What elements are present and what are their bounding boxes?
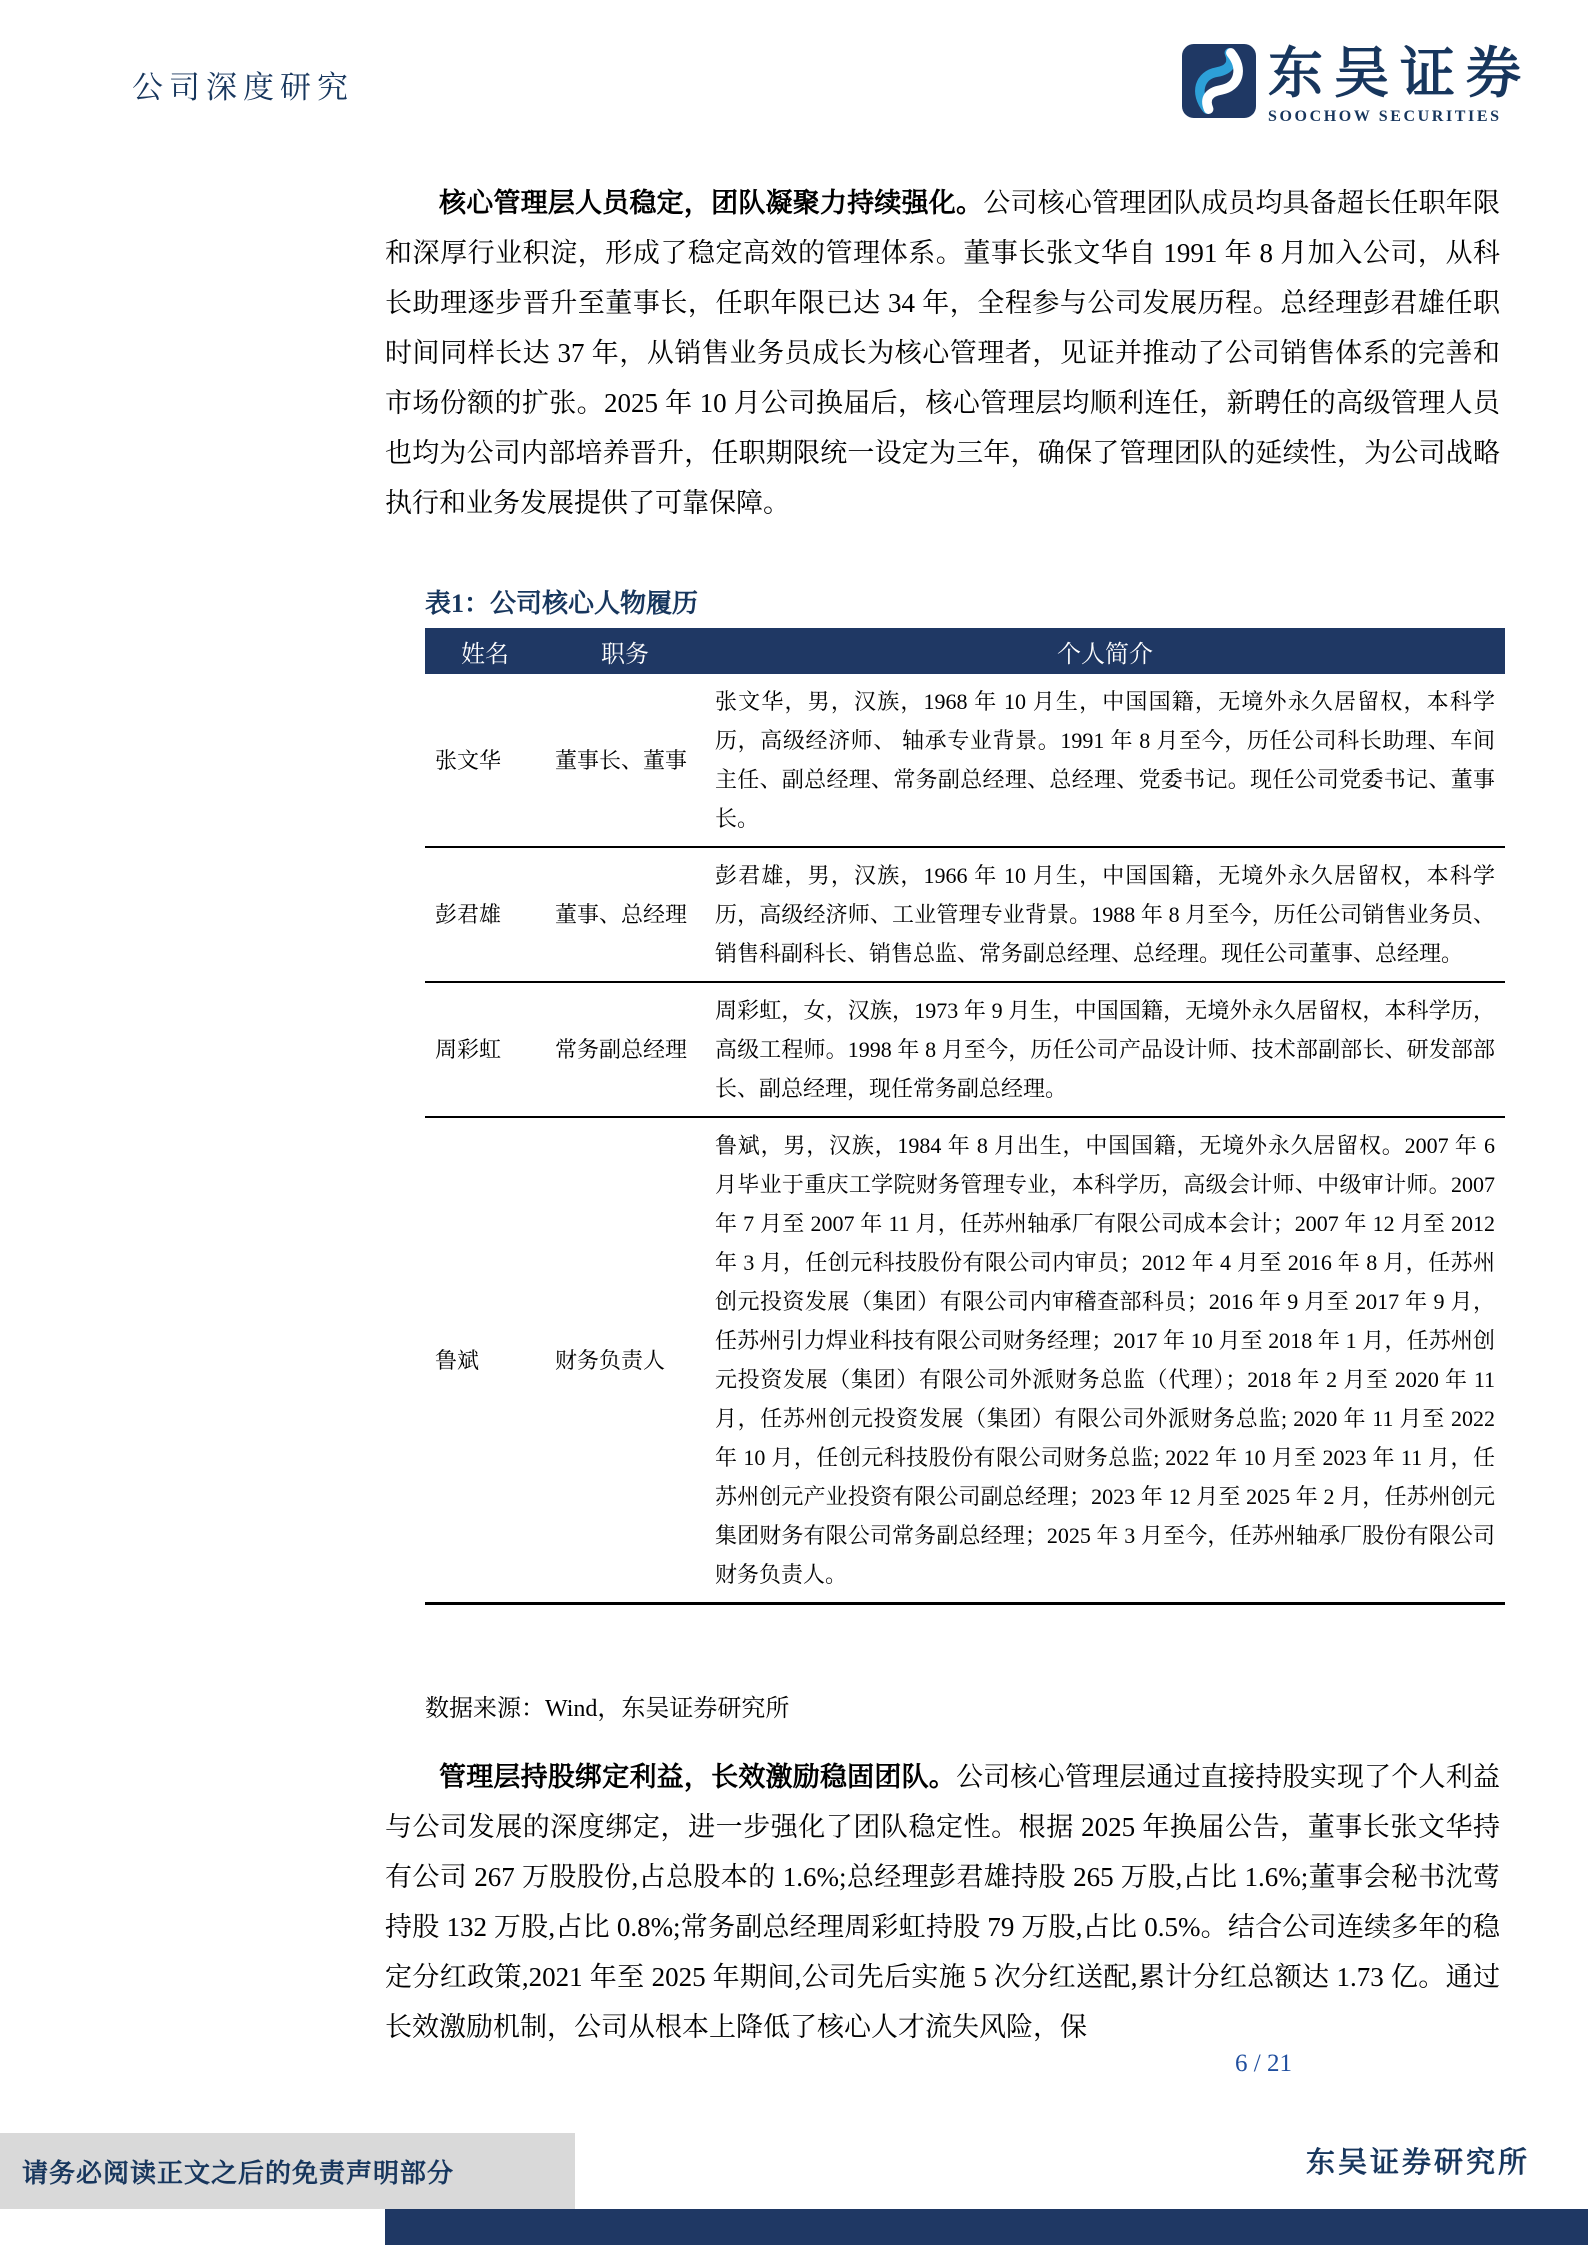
person-name: 鲁斌 [425, 1117, 545, 1604]
person-bio: 周彩虹，女，汉族，1973 年 9 月生，中国国籍，无境外永久居留权，本科学历，… [705, 982, 1505, 1117]
person-bio: 彭君雄，男，汉族，1966 年 10 月生，中国国籍，无境外永久居留权，本科学历… [705, 847, 1505, 982]
table-header-name: 姓名 [425, 628, 545, 674]
paragraph-lead-bold: 核心管理层人员稳定，团队凝聚力持续强化。 [439, 188, 983, 218]
person-name: 彭君雄 [425, 847, 545, 982]
table-title: 表1：公司核心人物履历 [425, 583, 698, 620]
brand-logo: 东吴证券 SOOCHOW SECURITIES [1182, 44, 1532, 126]
table-header-row: 姓名 职务 个人简介 [425, 628, 1505, 674]
report-category-label: 公司深度研究 [132, 62, 354, 107]
table-row: 周彩虹 常务副总经理 周彩虹，女，汉族，1973 年 9 月生，中国国籍，无境外… [425, 982, 1505, 1117]
soochow-logo-icon [1182, 44, 1256, 118]
paragraph-lead-bold: 管理层持股绑定利益，长效激励稳固团队。 [439, 1762, 956, 1792]
paragraph-management-stability: 核心管理层人员稳定，团队凝聚力持续强化。公司核心管理团队成员均具备超长任职年限和… [385, 178, 1500, 528]
brand-text-block: 东吴证券 SOOCHOW SECURITIES [1268, 44, 1532, 126]
paragraph-body-text: 公司核心管理层通过直接持股实现了个人利益与公司发展的深度绑定，进一步强化了团队稳… [385, 1762, 1500, 2042]
page-number: 6 / 21 [1235, 2050, 1292, 2078]
person-bio: 鲁斌，男，汉族，1984 年 8 月出生，中国国籍，无境外永久居留权。2007 … [705, 1117, 1505, 1604]
table-row: 彭君雄 董事、总经理 彭君雄，男，汉族，1966 年 10 月生，中国国籍，无境… [425, 847, 1505, 982]
person-name: 周彩虹 [425, 982, 545, 1117]
table-header-position: 职务 [545, 628, 705, 674]
person-position: 董事、总经理 [545, 847, 705, 982]
core-people-table: 姓名 职务 个人简介 张文华 董事长、董事 张文华，男，汉族，1968 年 10… [425, 628, 1505, 1605]
person-position: 财务负责人 [545, 1117, 705, 1604]
paragraph-body-text: 公司核心管理团队成员均具备超长任职年限和深厚行业积淀，形成了稳定高效的管理体系。… [385, 188, 1500, 518]
paragraph-shareholding-incentive: 管理层持股绑定利益，长效激励稳固团队。公司核心管理层通过直接持股实现了个人利益与… [385, 1752, 1500, 2052]
table-row: 张文华 董事长、董事 张文华，男，汉族，1968 年 10 月生，中国国籍，无境… [425, 674, 1505, 847]
report-page: 公司深度研究 东吴证券 SOOCHOW SECURITIES 核心管理层人员稳定… [0, 0, 1588, 2245]
person-position: 常务副总经理 [545, 982, 705, 1117]
person-bio: 张文华，男，汉族，1968 年 10 月生，中国国籍，无境外永久居留权，本科学历… [705, 674, 1505, 847]
footer-institute-label: 东吴证券研究所 [1306, 2140, 1530, 2181]
table-header-bio: 个人简介 [705, 628, 1505, 674]
footer-disclaimer-box: 请务必阅读正文之后的免责声明部分 [0, 2133, 575, 2209]
footer-disclaimer-text: 请务必阅读正文之后的免责声明部分 [22, 2153, 454, 2190]
person-position: 董事长、董事 [545, 674, 705, 847]
table-row: 鲁斌 财务负责人 鲁斌，男，汉族，1984 年 8 月出生，中国国籍，无境外永久… [425, 1117, 1505, 1604]
footer-navy-bar [385, 2209, 1588, 2245]
brand-name: 东吴证券 [1268, 44, 1532, 104]
table-data-source: 数据来源：Wind，东吴证券研究所 [425, 1688, 789, 1723]
brand-name-en: SOOCHOW SECURITIES [1268, 108, 1532, 126]
person-name: 张文华 [425, 674, 545, 847]
